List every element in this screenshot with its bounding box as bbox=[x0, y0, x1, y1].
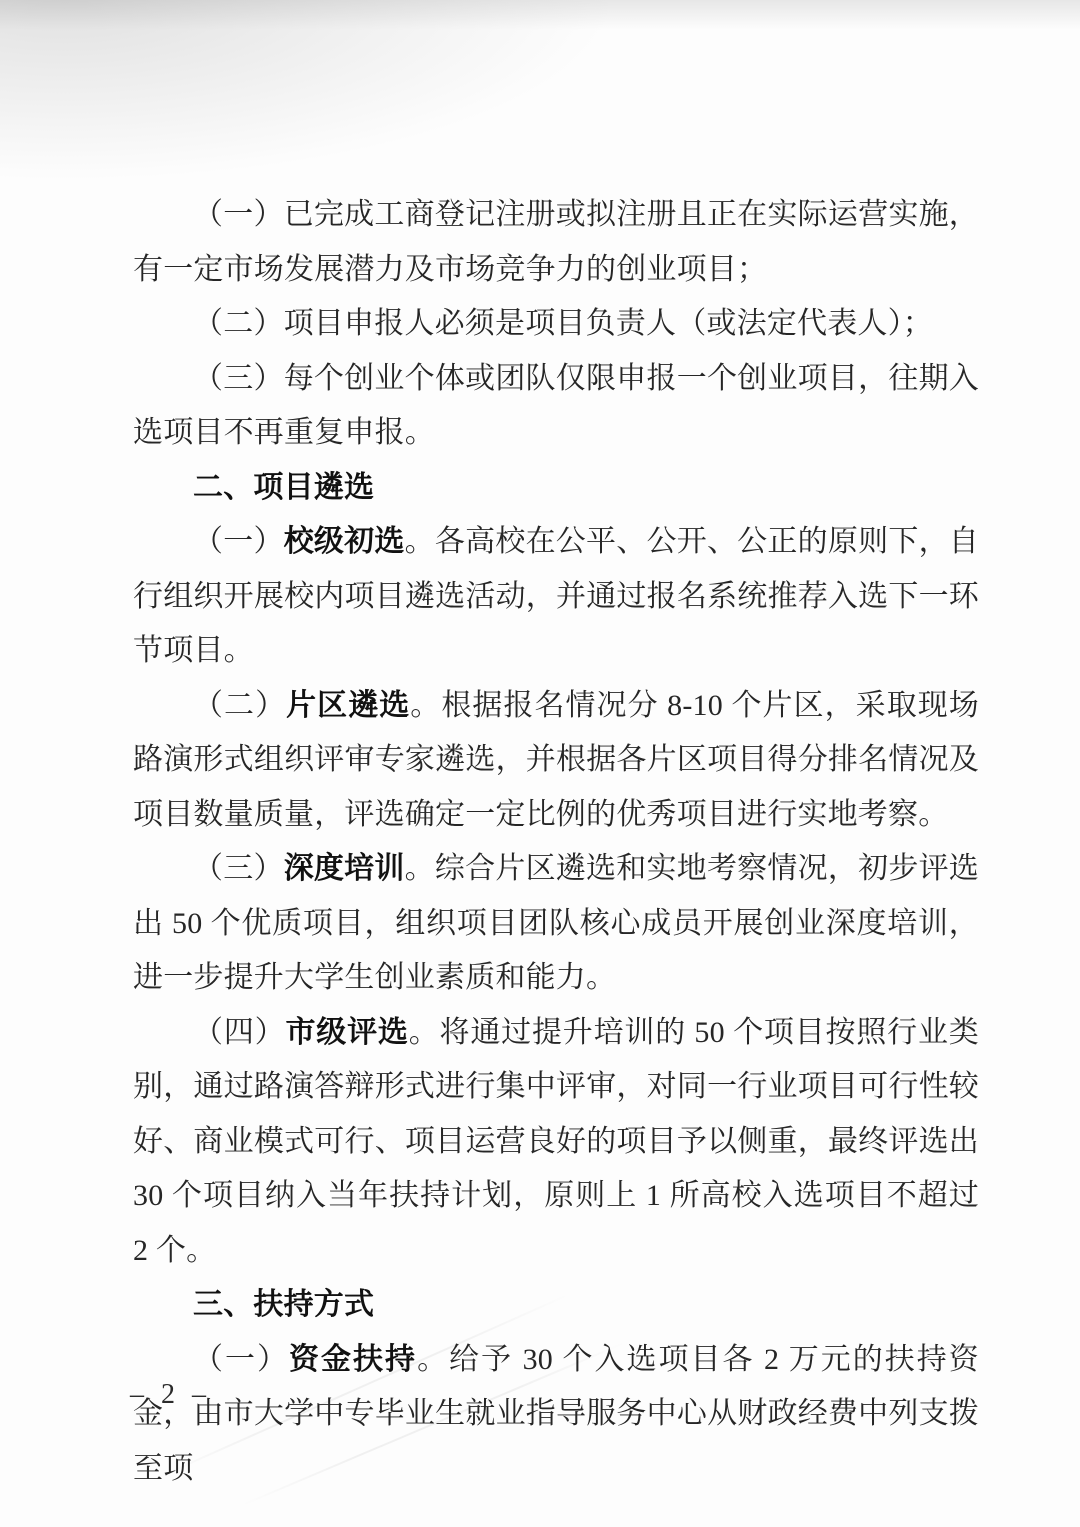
clause-title: 校级初选 bbox=[284, 525, 405, 558]
clause-title: 资金扶持 bbox=[289, 1343, 417, 1376]
clause-text: 将通过提升培训的 50 个项目按照行业类别，通过路演答辩形式进行集中评审，对同一… bbox=[133, 1016, 979, 1267]
clause-title: 片区遴选 bbox=[286, 689, 410, 722]
document-content: （一）已完成工商登记注册或拟注册且正在实际运营实施，有一定市场发展潜力及市场竞争… bbox=[133, 188, 979, 1496]
clause-separator: 。 bbox=[410, 689, 441, 722]
clause-paragraph-3: （三）每个创业个体或团队仅限申报一个创业项目，往期入选项目不再重复申报。 bbox=[133, 352, 979, 461]
clause-number: （二） bbox=[193, 689, 286, 722]
clause-paragraph-4: （一）校级初选。各高校在公平、公开、公正的原则下，自行组织开展校内项目遴选活动，… bbox=[133, 515, 979, 679]
clause-separator: 。 bbox=[405, 525, 435, 558]
clause-separator: 。 bbox=[405, 852, 435, 885]
clause-number: （一） bbox=[193, 525, 284, 558]
page-number: – 2 – bbox=[130, 1378, 211, 1412]
clause-paragraph-2: （二）项目申报人必须是项目负责人（或法定代表人）； bbox=[133, 297, 979, 352]
clause-paragraph-5: （二）片区遴选。根据报名情况分 8-10 个片区，采取现场路演形式组织评审专家遴… bbox=[133, 679, 979, 843]
clause-paragraph-7: （四）市级评选。将通过提升培训的 50 个项目按照行业类别，通过路演答辩形式进行… bbox=[133, 1006, 979, 1279]
section-heading-3: 三、扶持方式 bbox=[133, 1278, 979, 1333]
clause-paragraph-1: （一）已完成工商登记注册或拟注册且正在实际运营实施，有一定市场发展潜力及市场竞争… bbox=[133, 188, 979, 297]
document-page: （一）已完成工商登记注册或拟注册且正在实际运营实施，有一定市场发展潜力及市场竞争… bbox=[0, 0, 1080, 1527]
clause-separator: 。 bbox=[417, 1343, 449, 1376]
clause-paragraph-6: （三）深度培训。综合片区遴选和实地考察情况，初步评选出 50 个优质项目，组织项… bbox=[133, 842, 979, 1006]
clause-separator: 。 bbox=[409, 1016, 440, 1049]
clause-number: （三） bbox=[193, 852, 284, 885]
clause-number: （一） bbox=[193, 1343, 289, 1376]
clause-number: （四） bbox=[193, 1016, 285, 1049]
clause-paragraph-8: （一）资金扶持。给予 30 个入选项目各 2 万元的扶持资金，由市大学中专毕业生… bbox=[133, 1333, 979, 1497]
clause-title: 市级评选 bbox=[285, 1016, 408, 1049]
clause-title: 深度培训 bbox=[284, 852, 405, 885]
section-heading-2: 二、项目遴选 bbox=[133, 461, 979, 516]
